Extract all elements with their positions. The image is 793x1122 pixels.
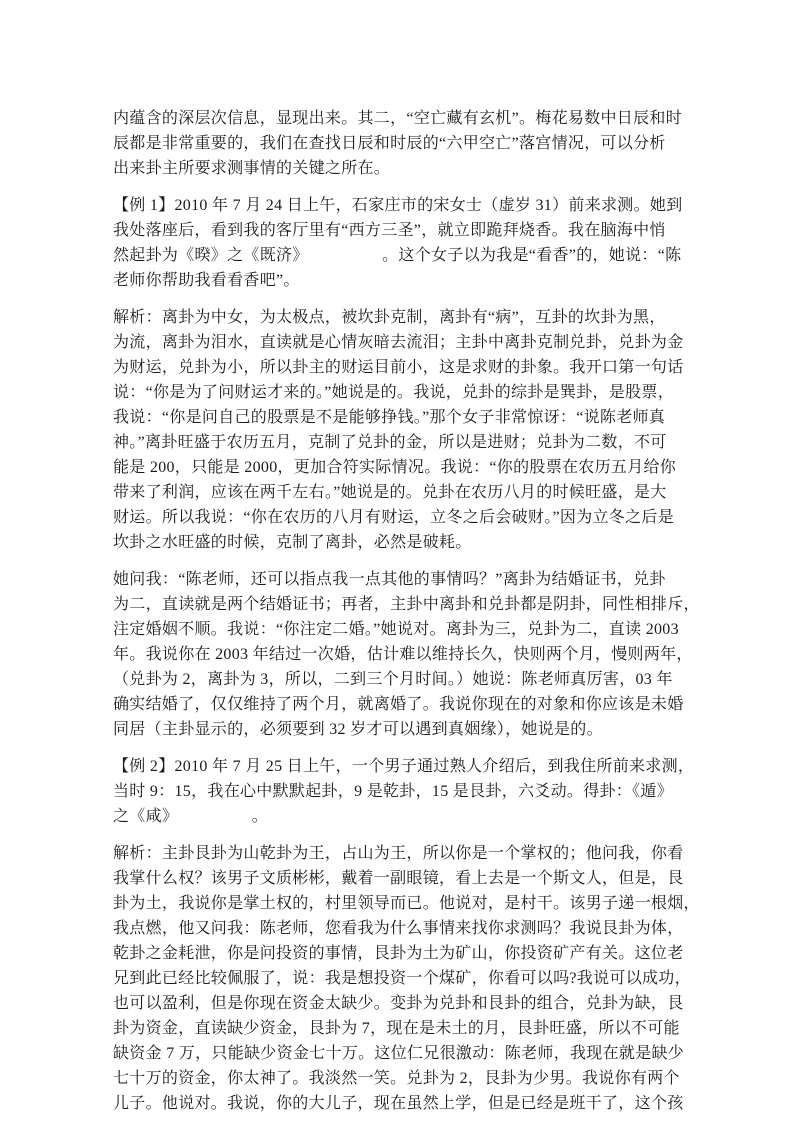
text-line: 年。我说你在 2003 年结过一次婚，估计难以维持长久，快则两个月，慢则两年，	[113, 642, 703, 667]
paragraph-3: 解析：离卦为中女，为太极点，被坎卦克制，离卦有“病”，互卦的坎卦为黑，为流，离卦…	[113, 305, 703, 555]
text-line: 老师你帮助我看看香吧”。	[113, 268, 703, 293]
text-line: 确实结婚了，仅仅维持了两个月，就离婚了。我说你现在的对象和你应该是未婚	[113, 692, 703, 717]
text-line: 内蕴含的深层次信息，显现出来。其二，“空亡藏有玄机”。梅花易数中日辰和时	[113, 106, 703, 131]
text-line: 也可以盈利，但是你现在资金太缺少。变卦为兑卦和艮卦的组合，兑卦为缺，艮	[113, 991, 703, 1016]
text-line: 坎卦之水旺盛的时候，克制了离卦，必然是破耗。	[113, 530, 703, 555]
text-line: 我处落座后，看到我的客厅里有“西方三圣”，就立即跪拜烧香。我在脑海中悄	[113, 218, 703, 243]
text-line: 为二，直读就是两个结婚证书；再者，主卦中离卦和兑卦都是阴卦，同性相排斥，	[113, 592, 703, 617]
document-page: 内蕴含的深层次信息，显现出来。其二，“空亡藏有玄机”。梅花易数中日辰和时辰都是非…	[0, 0, 793, 1122]
paragraph-2: 【例 1】2010 年 7 月 24 日上午，石家庄市的宋女士（虚岁 31）前来…	[113, 193, 703, 293]
paragraph-6: 解析：主卦艮卦为山乾卦为王，占山为王，所以你是一个掌权的；他问我，你看我掌什么权…	[113, 841, 703, 1116]
text-line: 【例 2】2010 年 7 月 25 日上午，一个男子通过熟人介绍后，到我住所前…	[113, 754, 703, 779]
text-line: 她问我：“陈老师，还可以指点我一点其他的事情吗？”离卦为结婚证书，兑卦	[113, 567, 703, 592]
text-line: 财运。所以我说：“你在农历的八月有财运，立冬之后会破财。”因为立冬之后是	[113, 505, 703, 530]
text-line: 乾卦之金耗泄，你是问投资的事情，艮卦为土为矿山，你投资矿产有关。这位老	[113, 941, 703, 966]
text-line: 卦为土，我说你是掌土权的，村里领导而已。他说对，是村干。该男子递一根烟，	[113, 891, 703, 916]
text-line: 之《咸》 。	[113, 804, 703, 829]
text-line: 出来卦主所要求测事情的关键之所在。	[113, 156, 703, 181]
text-line: 辰都是非常重要的，我们在查找日辰和时辰的“六甲空亡”落宫情况，可以分析	[113, 131, 703, 156]
text-line: 解析：离卦为中女，为太极点，被坎卦克制，离卦有“病”，互卦的坎卦为黑，	[113, 305, 703, 330]
text-line: 带来了利润，应该在两千左右。”她说是的。兑卦在农历八月的时候旺盛，是大	[113, 480, 703, 505]
text-line: 我掌什么权？该男子文质彬彬，戴着一副眼镜，看上去是一个斯文人，但是，艮	[113, 866, 703, 891]
paragraph-1: 内蕴含的深层次信息，显现出来。其二，“空亡藏有玄机”。梅花易数中日辰和时辰都是非…	[113, 106, 703, 181]
text-line: 神。”离卦旺盛于农历五月，克制了兑卦的金，所以是进财；兑卦为二数，不可	[113, 430, 703, 455]
text-line: 卦为资金，直读缺少资金，艮卦为 7，现在是未土的月，艮卦旺盛，所以不可能	[113, 1016, 703, 1041]
text-line: 我说：“你是问自己的股票是不是能够挣钱。”那个女子非常惊讶：“说陈老师真	[113, 405, 703, 430]
text-line: 兄到此已经比较佩服了，说：我是想投资一个煤矿，你看可以吗?我说可以成功，	[113, 966, 703, 991]
text-line: 【例 1】2010 年 7 月 24 日上午，石家庄市的宋女士（虚岁 31）前来…	[113, 193, 703, 218]
text-line: 为流，离卦为泪水，直读就是心情灰暗去流泪；主卦中离卦克制兑卦，兑卦为金	[113, 330, 703, 355]
text-line: 然起卦为《暌》之《既济》 。这个女子以为我是“看香”的，她说：“陈	[113, 243, 703, 268]
text-line: 说：“你是为了问财运才来的。”她说是的。我说，兑卦的综卦是巽卦，是股票，	[113, 380, 703, 405]
text-line: 七十万的资金，你太神了。我淡然一笑。兑卦为 2，艮卦为少男。我说你有两个	[113, 1066, 703, 1091]
text-line: 为财运，兑卦为小，所以卦主的财运目前小，这是求财的卦象。我开口第一句话	[113, 355, 703, 380]
paragraph-5: 【例 2】2010 年 7 月 25 日上午，一个男子通过熟人介绍后，到我住所前…	[113, 754, 703, 829]
text-line: 能是 200，只能是 2000，更加合符实际情况。我说：“你的股票在农历五月给你	[113, 455, 703, 480]
text-line: 缺资金 7 万，只能缺少资金七十万。这位仁兄很激动：陈老师，我现在就是缺少	[113, 1041, 703, 1066]
page-text: 内蕴含的深层次信息，显现出来。其二，“空亡藏有玄机”。梅花易数中日辰和时辰都是非…	[113, 106, 703, 1122]
paragraph-4: 她问我：“陈老师，还可以指点我一点其他的事情吗？”离卦为结婚证书，兑卦为二，直读…	[113, 567, 703, 742]
text-line: 解析：主卦艮卦为山乾卦为王，占山为王，所以你是一个掌权的；他问我，你看	[113, 841, 703, 866]
text-line: 同居（主卦显示的，必须要到 32 岁才可以遇到真姻缘），她说是的。	[113, 717, 703, 742]
text-line: 当时 9：15，我在心中默默起卦，9 是乾卦，15 是艮卦，六爻动。得卦：《遁》	[113, 779, 703, 804]
text-line: 注定婚姻不顺。我说：“你注定二婚。”她说对。离卦为三，兑卦为二，直读 2003	[113, 617, 703, 642]
text-line: （兑卦为 2，离卦为 3，所以，二到三个月时间。）她说：陈老师真厉害，03 年	[113, 667, 703, 692]
text-line: 我点燃，他又问我：陈老师，您看我为什么事情来找你求测吗？我说艮卦为体，	[113, 916, 703, 941]
text-line: 儿子。他说对。我说，你的大儿子，现在虽然上学，但是已经是班干了，这个孩	[113, 1091, 703, 1116]
